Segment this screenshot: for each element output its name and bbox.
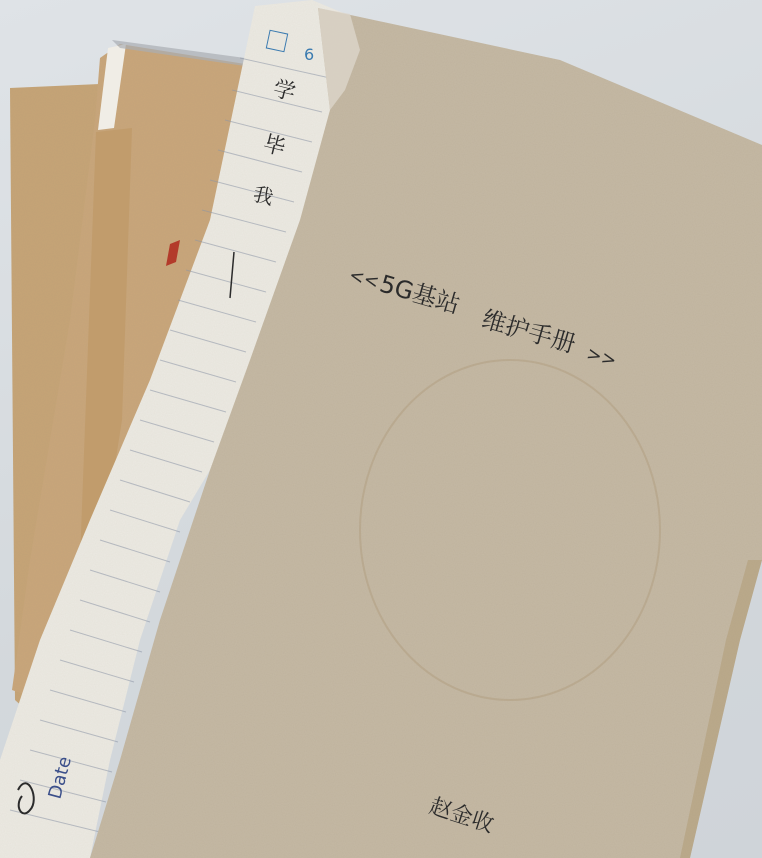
notebook-stack: 6 学 毕 我 Date << 5G基站 维护手册 >> 赵金收: [0, 0, 762, 858]
photo-scene: 6 学 毕 我 Date << 5G基站 维护手册 >> 赵金收: [0, 0, 762, 858]
sheet-page-number: 6: [304, 45, 314, 64]
